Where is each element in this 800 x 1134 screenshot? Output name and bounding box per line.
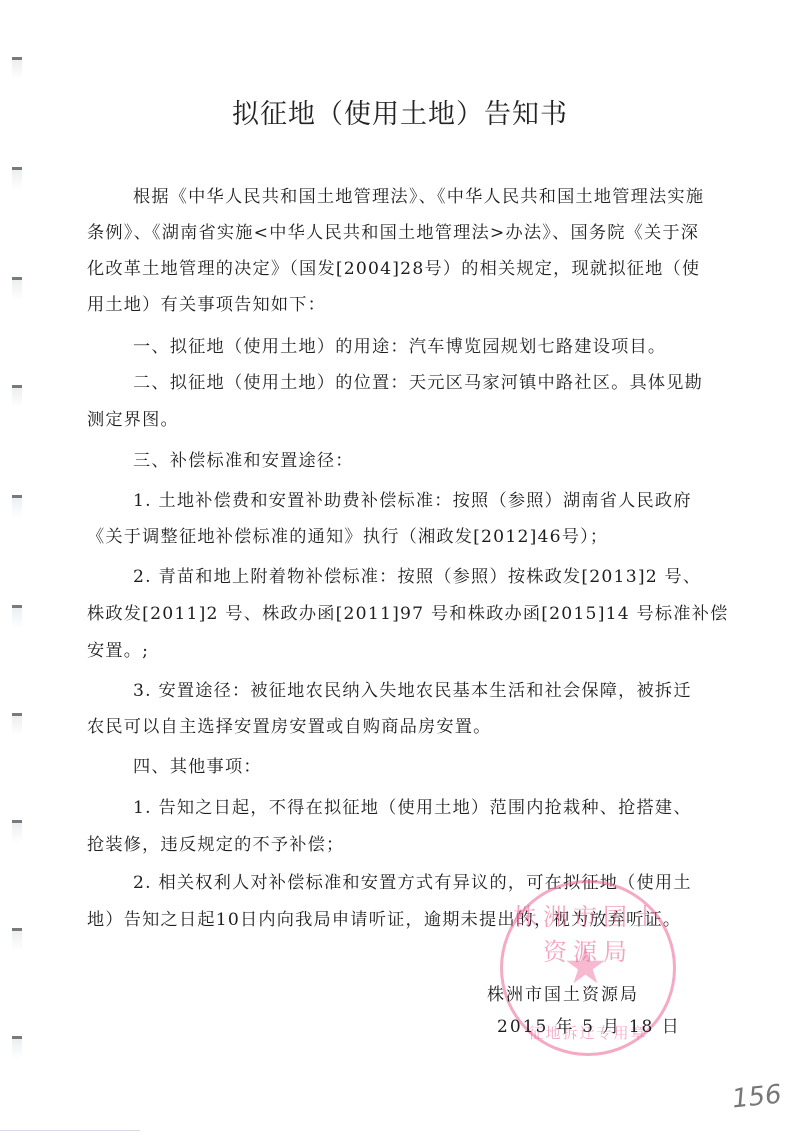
section-3-item-1: 1. 土地补偿费和安置补助费补偿标准：按照（参照）湖南省人民政府 [133, 486, 773, 511]
section-3-item-3: 3. 安置途径：被征地农民纳入失地农民基本生活和社会保障，被拆迁 [133, 676, 773, 701]
binding-hole-mark [12, 1036, 22, 1059]
body-line: 《关于调整征地补偿标准的通知》执行（湘政发[2012]46号）； [87, 522, 727, 547]
binding-hole-mark [12, 495, 22, 518]
body-line: 安置。; [87, 636, 727, 661]
body-line: 农民可以自主选择安置房安置或自购商品房安置。 [87, 712, 727, 737]
binding-hole-mark [12, 928, 22, 951]
section-4-item-1: 1. 告知之日起，不得在拟征地（使用土地）范围内抢栽种、抢搭建、 [133, 793, 773, 818]
issue-date: 2015 年 5 月 18 日 [497, 1012, 681, 1037]
body-line: 株政发[2011]2 号、株政办函[2011]97 号和株政办函[2015]14… [87, 599, 727, 624]
body-line: 根据《中华人民共和国土地管理法》、《中华人民共和国土地管理法实施 [133, 182, 773, 207]
body-line: 抢装修，违反规定的不予补偿； [87, 830, 727, 855]
body-line: 测定界图。 [87, 405, 727, 430]
section-4-item-2: 2. 相关权利人对补偿标准和安置方式有异议的，可在拟征地（使用土 [133, 868, 773, 893]
section-2-location: 二、拟征地（使用土地）的位置：天元区马家河镇中路社区。具体见勘 [133, 368, 773, 393]
binding-hole-mark [12, 713, 22, 736]
section-3-heading: 三、补偿标准和安置途径： [133, 446, 773, 471]
binding-hole-mark [12, 820, 22, 843]
section-4-heading: 四、其他事项： [133, 752, 773, 777]
binding-hole-mark [12, 605, 22, 628]
issuer-name: 株洲市国土资源局 [487, 980, 639, 1005]
binding-hole-mark [12, 57, 22, 80]
section-3-item-2: 2. 青苗和地上附着物补偿标准：按照（参照）按株政发[2013]2 号、 [133, 562, 773, 587]
binding-hole-mark [12, 167, 22, 190]
section-1-purpose: 一、拟征地（使用土地）的用途：汽车博览园规划七路建设项目。 [133, 332, 773, 357]
document-title: 拟征地（使用土地）告知书 [0, 92, 800, 131]
binding-hole-mark [12, 385, 22, 408]
handwritten-page-number: 156 [731, 1079, 784, 1114]
binding-hole-mark [12, 277, 22, 300]
scan-edge-line [0, 1130, 140, 1131]
body-line: 化改革土地管理的决定》（国发[2004]28号）的相关规定，现就拟征地（使 [87, 254, 727, 279]
body-line: 用土地）有关事项告知如下： [87, 290, 727, 315]
body-line: 条例》、《湖南省实施<中华人民共和国土地管理法>办法》、国务院《关于深 [87, 218, 727, 243]
